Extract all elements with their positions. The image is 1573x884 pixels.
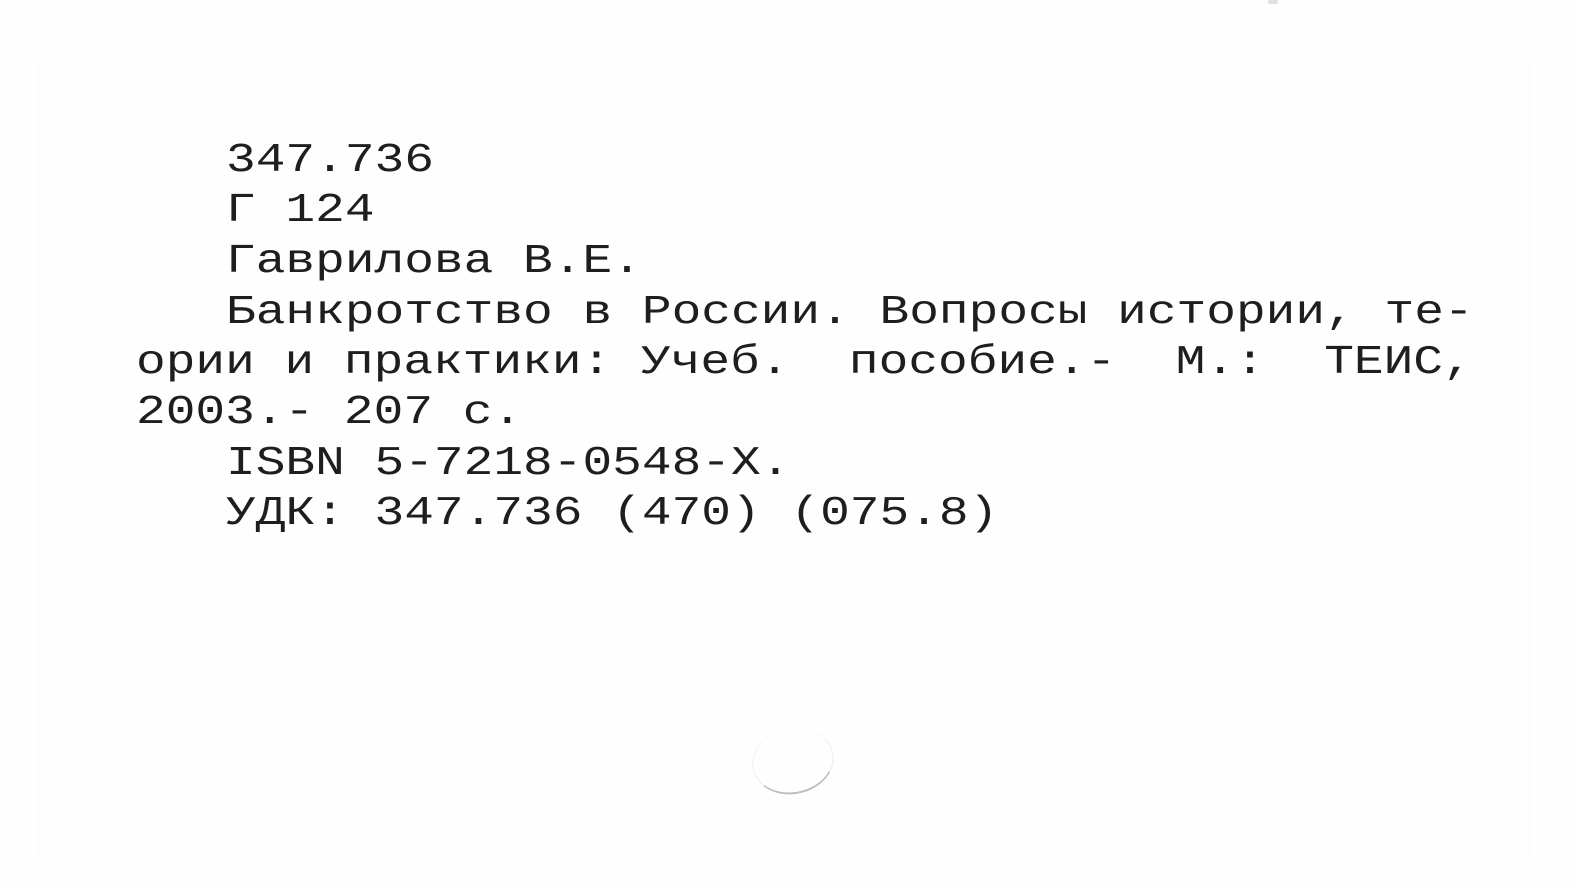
title-line-1: Банкротство в России. Вопросы истории, т… — [226, 292, 1474, 333]
author-name: Гаврилова В.Е. — [226, 241, 642, 282]
title-line-3: 2003.- 207 с. — [136, 392, 522, 433]
udc-code: УДК: 347.736 (470) (075.8) — [226, 493, 998, 534]
classification-index: 347.736 — [226, 140, 434, 181]
isbn: ISBN 5-7218-0548-X. — [226, 443, 790, 484]
author-mark: Г 124 — [226, 190, 375, 231]
title-line-2: ории и практики: Учеб. пособие.- М.: ТЕИ… — [136, 342, 1473, 383]
library-catalog-card: 347.736 Г 124 Гаврилова В.Е. Банкротство… — [0, 0, 1573, 884]
scan-artifact — [1268, 0, 1278, 4]
